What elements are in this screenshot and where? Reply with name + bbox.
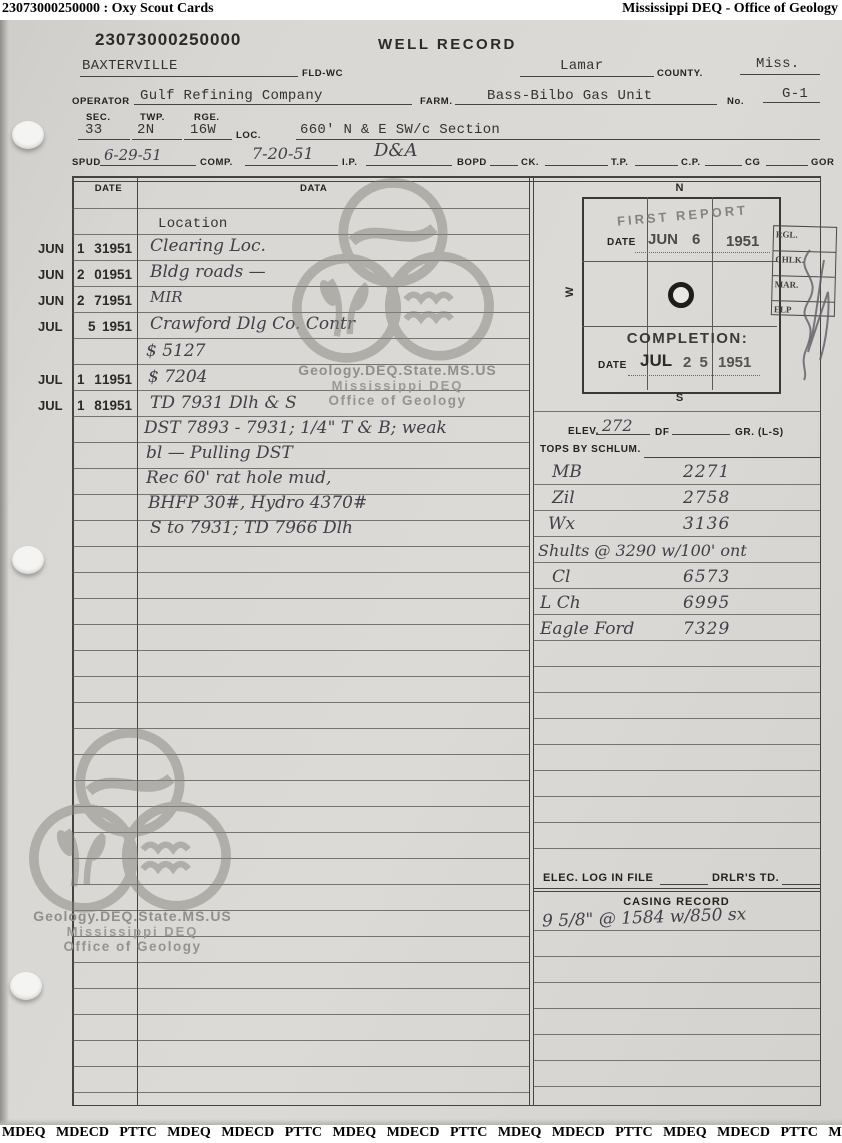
rule	[672, 434, 730, 435]
plat-west-label: W	[564, 287, 576, 297]
date-column-header: DATE	[80, 183, 137, 194]
rule	[545, 165, 608, 166]
signature-scribble	[768, 232, 842, 392]
watermark-agency: Mississippi DEQ	[275, 378, 520, 393]
rule	[705, 165, 742, 166]
log-entry-text: DST 7893 - 7931; 1/4" T & B; weak	[144, 418, 447, 438]
rule	[533, 891, 820, 892]
log-date-year: 1951	[102, 398, 132, 413]
rule	[490, 165, 518, 166]
comp-value: 7-20-51	[252, 144, 314, 163]
log-date-month: JUL	[38, 319, 63, 334]
scout-card-page: 23073000250000 : Oxy Scout Cards Mississ…	[0, 0, 842, 1143]
rule	[245, 165, 338, 166]
well-no-value: G-1	[782, 86, 808, 102]
completion-date-day: 2 5	[683, 354, 710, 371]
log-entry-text: Clearing Loc.	[150, 236, 266, 256]
rule	[80, 76, 298, 77]
log-date-month: JUN	[38, 241, 64, 256]
elev-label: ELEV.	[568, 426, 599, 437]
footer-tags: MDEQ MDECD PTTC MDEQ MDECD PTTC MDEQ MDE…	[2, 1125, 842, 1141]
plat-south-label: S	[582, 392, 777, 404]
bottom-ocr-bar: MDEQ MDECD PTTC MDEQ MDECD PTTC MDEQ MDE…	[0, 1125, 842, 1143]
ip-label: I.P.	[342, 157, 357, 168]
log-date-month: JUN	[38, 293, 64, 308]
spud-value: 6-29-51	[104, 146, 162, 164]
sec-value: 33	[85, 122, 102, 138]
log-date-month: JUL	[38, 398, 63, 413]
punch-hole	[12, 121, 44, 149]
log-date-year: 1951	[102, 319, 132, 334]
watermark-agency: Mississippi DEQ	[15, 924, 250, 939]
operator-value: Gulf Refining Company	[140, 88, 323, 104]
watermark-text: Geology.DEQ.State.MS.US Mississippi DEQ …	[275, 362, 520, 408]
paper-edge-shadow	[0, 20, 9, 1125]
comp-label: COMP.	[200, 157, 233, 168]
well-id-header: 23073000250000 : Oxy Scout Cards	[2, 1, 214, 17]
operator-label: OPERATOR	[72, 96, 130, 107]
log-row: bl — Pulling DST	[0, 443, 529, 468]
tops-depth: 6573	[683, 567, 730, 587]
cg-label: CG	[745, 157, 760, 168]
ip-value: D&A	[374, 140, 417, 161]
rule	[644, 457, 820, 458]
watermark-url: Geology.DEQ.State.MS.US	[275, 362, 520, 378]
rule	[766, 165, 808, 166]
log-entry-text: S to 7931; TD 7966 Dlh	[150, 518, 353, 538]
completion-date-label: DATE	[598, 360, 627, 371]
county-name: Lamar	[560, 58, 604, 74]
rule	[529, 176, 530, 1106]
gor-label: GOR	[811, 157, 834, 168]
first-report-date-day: 6	[692, 231, 700, 248]
watermark-office: Office of Geology	[15, 939, 250, 954]
twp-value: 2N	[137, 122, 154, 138]
fld-wc-label: FLD-WC	[302, 68, 343, 79]
log-date-day: 1 8	[77, 398, 105, 413]
ruled-lines-right	[533, 930, 820, 1090]
log-entry-text: Rec 60' rat hole mud,	[146, 468, 331, 488]
tp-label: T.P.	[611, 157, 629, 168]
rule	[628, 375, 760, 376]
gr-label: GR. (L-S)	[735, 427, 784, 438]
log-entry-text: bl — Pulling DST	[146, 443, 293, 463]
punch-hole	[12, 546, 44, 574]
rule	[660, 884, 708, 885]
field-name: BAXTERVILLE	[82, 58, 178, 74]
rule	[132, 139, 182, 140]
rule	[740, 74, 820, 75]
log-date-year: 1951	[102, 241, 132, 256]
log-date-year: 1951	[102, 267, 132, 282]
tops-label: TOPS BY SCHLUM.	[540, 444, 641, 455]
rule	[78, 139, 130, 140]
rule	[782, 884, 820, 885]
loc-label: LOC.	[236, 130, 261, 141]
log-entry-text: MIR	[150, 288, 183, 306]
tops-name: L Ch	[540, 593, 581, 613]
log-row: Rec 60' rat hole mud,	[0, 468, 529, 493]
elec-log-label: ELEC. LOG IN FILE	[543, 872, 653, 884]
well-location-marker	[668, 282, 694, 308]
well-number: 23073000250000	[95, 30, 241, 50]
first-report-date-year: 1951	[726, 233, 759, 250]
log-entry-text: BHFP 30#, Hydro 4370#	[148, 493, 367, 513]
rule	[455, 104, 717, 105]
log-row: S to 7931; TD 7966 Dlh	[0, 518, 529, 543]
watermark-url: Geology.DEQ.State.MS.US	[15, 908, 250, 924]
rule	[635, 252, 770, 253]
rule	[184, 139, 232, 140]
drlrs-td-label: DRLR'S TD.	[712, 872, 779, 884]
rule	[520, 76, 654, 77]
plat-grid-line	[582, 326, 777, 327]
tops-name: Cl	[552, 567, 570, 587]
top-ocr-bar: 23073000250000 : Oxy Scout Cards Mississ…	[0, 0, 842, 20]
rule	[596, 434, 650, 435]
spud-label: SPUD	[72, 157, 101, 168]
scanned-card: 23073000250000 WELL RECORD BAXTERVILLE F…	[0, 20, 842, 1125]
plat-grid-line	[582, 261, 777, 262]
loc-value: 660' N & E SW/c Section	[300, 122, 500, 138]
rule	[134, 104, 412, 105]
plat-north-label: N	[582, 182, 777, 194]
rule	[72, 1105, 820, 1106]
tops-depth: 7329	[683, 619, 730, 639]
tops-depth: 2758	[683, 488, 730, 508]
card-title: WELL RECORD	[378, 36, 517, 53]
cp-label: C.P.	[681, 157, 701, 168]
bopd-label: BOPD	[457, 157, 487, 168]
completion-date-month: JUL	[640, 351, 672, 371]
farm-value: Bass-Bilbo Gas Unit	[487, 88, 652, 104]
log-row: BHFP 30#, Hydro 4370#	[0, 493, 529, 518]
log-entry-text: $ 7204	[148, 367, 207, 387]
tops-name: Shults @ 3290 w/100' ont	[538, 541, 747, 560]
tops-name: Eagle Ford	[540, 619, 634, 639]
no-label: No.	[727, 96, 744, 107]
rule	[635, 165, 678, 166]
rule	[366, 165, 452, 166]
farm-label: FARM.	[420, 96, 453, 107]
completion-stamp: COMPLETION:	[595, 330, 780, 347]
log-entry-text: Location	[158, 216, 228, 232]
completion-date-year: 1951	[718, 354, 751, 371]
casing-value: 9 5/8" @ 1584 w/850 sx	[542, 904, 747, 931]
rule	[533, 411, 820, 412]
tops-name: Wx	[548, 514, 575, 534]
log-date-day: 1 3	[77, 241, 105, 256]
plat-grid-line	[712, 197, 713, 390]
msdeq-logo-watermark	[22, 722, 238, 922]
elev-value: 272	[602, 416, 633, 435]
log-date-year: 1951	[102, 293, 132, 308]
rule	[100, 165, 196, 166]
log-entry-text: $ 5127	[146, 341, 205, 361]
rule	[763, 102, 820, 103]
msdeq-logo-watermark	[285, 172, 501, 372]
log-entry-text: Bldg roads —	[150, 262, 266, 282]
log-date-day: 5	[88, 319, 99, 334]
rge-value: 16W	[190, 122, 216, 138]
log-date-day: 2 7	[77, 293, 105, 308]
tops-depth: 2271	[683, 462, 730, 482]
log-date-month: JUL	[38, 372, 63, 387]
df-label: DF	[655, 427, 670, 438]
watermark-text: Geology.DEQ.State.MS.US Mississippi DEQ …	[15, 908, 250, 954]
log-date-day: 2 0	[77, 267, 105, 282]
log-row: DST 7893 - 7931; 1/4" T & B; weak	[0, 418, 529, 443]
agency-header: Mississippi DEQ - Office of Geology	[622, 1, 838, 17]
log-date-day: 1 1	[77, 372, 105, 387]
tops-depth: 6995	[683, 593, 730, 613]
watermark-office: Office of Geology	[275, 393, 520, 408]
rule	[533, 888, 820, 889]
state-name: Miss.	[756, 56, 800, 72]
log-date-month: JUN	[38, 267, 64, 282]
tops-name: MB	[552, 462, 582, 482]
punch-hole	[10, 972, 42, 1000]
log-date-year: 1951	[102, 372, 132, 387]
first-report-date-month: JUN	[648, 231, 678, 248]
ck-label: CK.	[521, 157, 539, 168]
first-report-date-label: DATE	[607, 237, 636, 248]
county-label: COUNTY.	[657, 68, 703, 79]
tops-depth: 3136	[683, 514, 730, 534]
tops-name: Zil	[552, 488, 575, 508]
